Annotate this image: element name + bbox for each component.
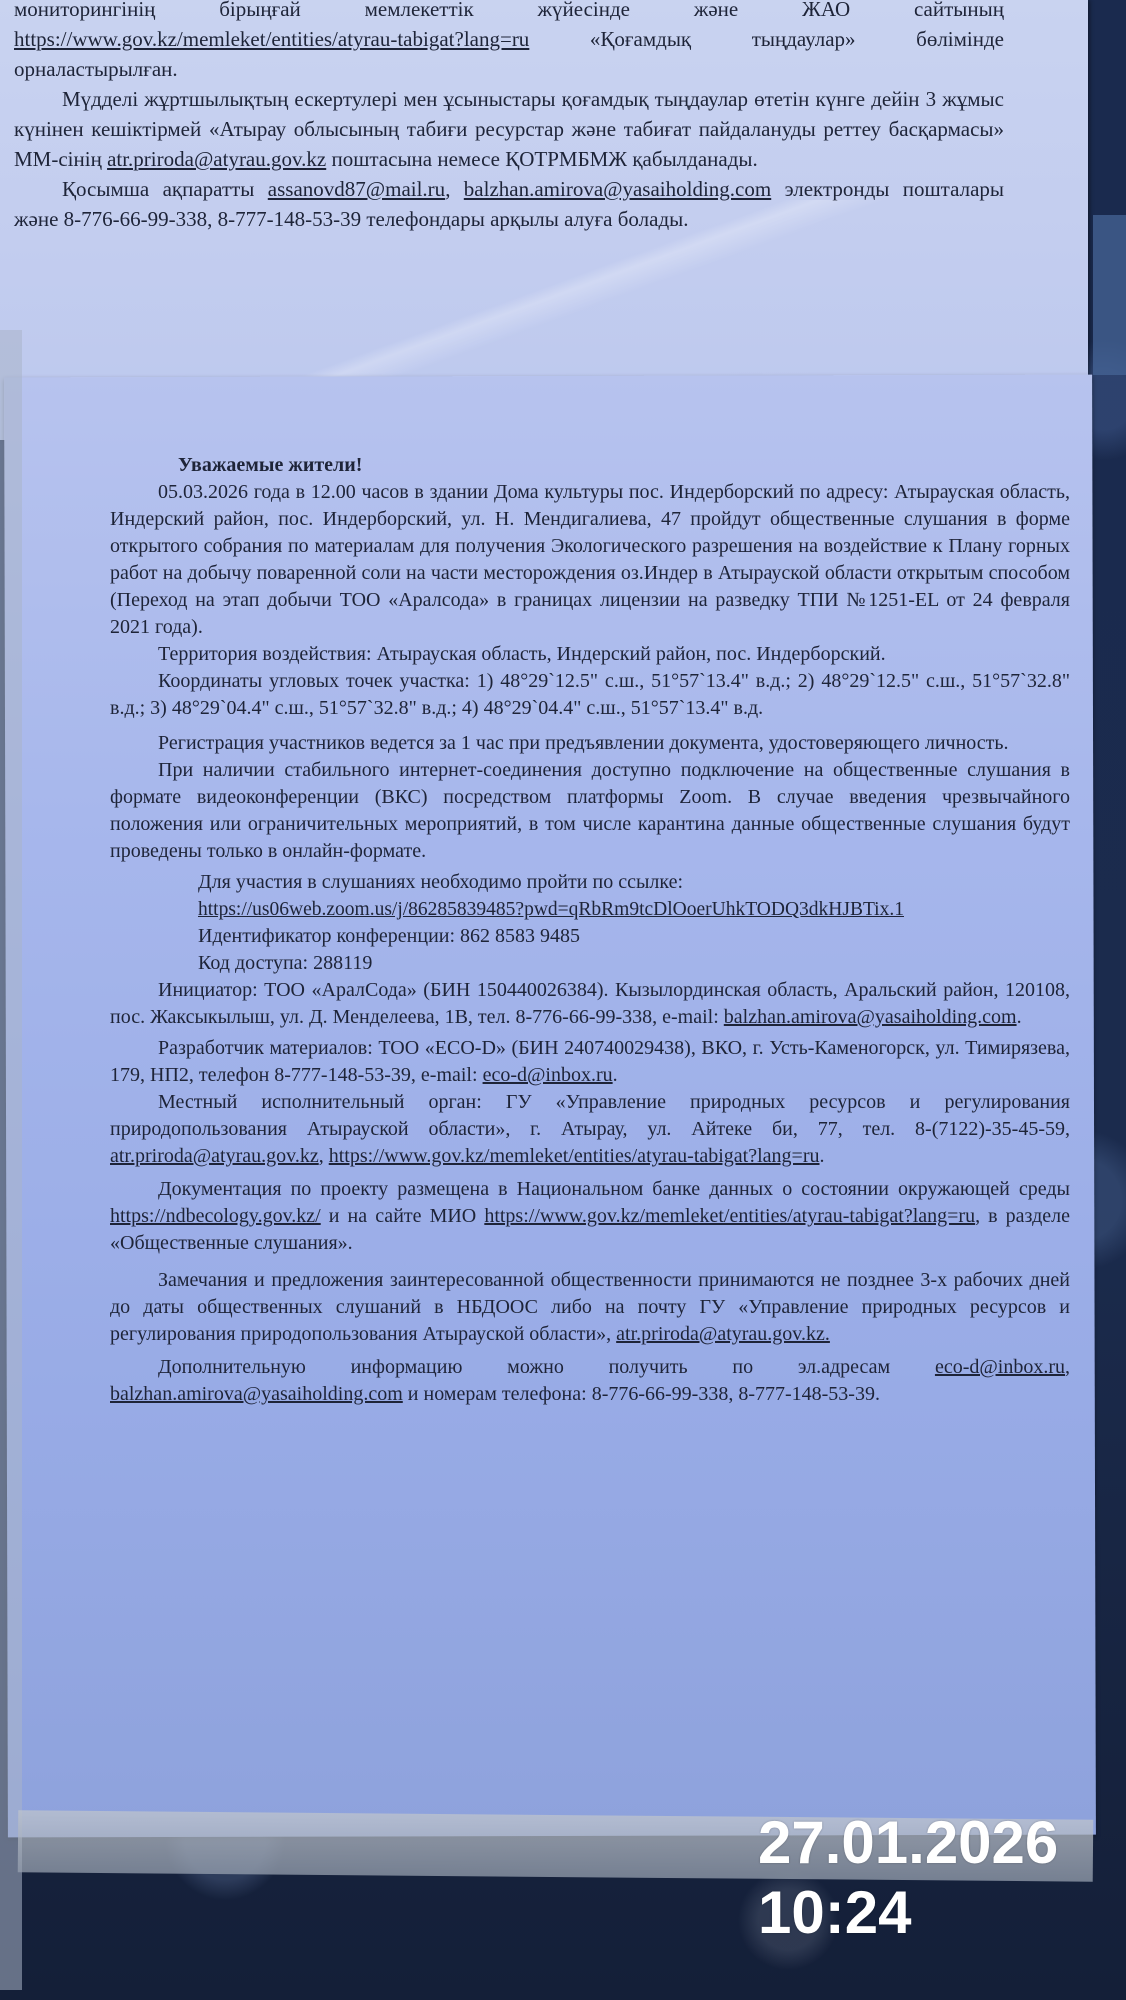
remarks-email[interactable]: atr.priroda@atyrau.gov.kz. (616, 1323, 830, 1345)
initiator-email[interactable]: balzhan.amirova@yasaiholding.com (724, 1006, 1017, 1028)
notice-docs: Документация по проекту размещена в Наци… (110, 1176, 1070, 1257)
kz-tabigat-link[interactable]: https://www.gov.kz/memleket/entities/aty… (14, 27, 529, 51)
notice-territory: Территория воздействия: Атырауская облас… (110, 641, 1070, 668)
notice-initiator: Инициатор: ТОО «АралСода» (БИН 150440026… (110, 977, 1070, 1031)
link-intro: Для участия в слушаниях необходимо пройт… (198, 869, 1070, 896)
local-body-link[interactable]: https://www.gov.kz/memleket/entities/aty… (329, 1145, 820, 1167)
zoom-link[interactable]: https://us06web.zoom.us/j/86285839485?pw… (198, 896, 1070, 923)
timestamp-date: 27.01.2026 (758, 1808, 1058, 1878)
photo-timestamp: 27.01.2026 10:24 (758, 1808, 1058, 1948)
russian-notice-text: Уважаемые жители! 05.03.2026 года в 12.0… (110, 452, 1070, 1408)
timestamp-time: 10:24 (758, 1878, 1058, 1948)
mio-site-link[interactable]: https://www.gov.kz/memleket/entities/aty… (484, 1205, 975, 1227)
notice-title: Уважаемые жители! (178, 452, 1070, 479)
kz-comments-email[interactable]: atr.priroda@atyrau.gov.kz (107, 147, 326, 171)
tape-left (0, 330, 22, 1990)
developer-email[interactable]: eco-d@inbox.ru (483, 1064, 613, 1086)
tape-right (1093, 215, 1126, 375)
kz-link-line: https://www.gov.kz/memleket/entities/aty… (14, 24, 1004, 84)
notice-local-body: Местный исполнительный орган: ГУ «Управл… (110, 1089, 1070, 1170)
zoom-info-block: Для участия в слушаниях необходимо пройт… (110, 869, 1070, 977)
notice-remarks: Замечания и предложения заинтересованной… (110, 1267, 1070, 1348)
notice-registration: Регистрация участников ведется за 1 час … (110, 730, 1070, 757)
notice-developer: Разработчик материалов: ТОО «ECO-D» (БИН… (110, 1035, 1070, 1089)
kazakh-notice-text: мониторингінің бірыңғай мемлекеттік жүйе… (14, 0, 1004, 234)
conference-id: Идентификатор конференции: 862 8583 9485 (198, 923, 1070, 950)
access-code: Код доступа: 288119 (198, 950, 1070, 977)
notice-intro: 05.03.2026 года в 12.00 часов в здании Д… (110, 479, 1070, 641)
notice-sheet-kazakh: мониторингінің бірыңғай мемлекеттік жүйе… (0, 0, 1088, 440)
kz-comments-paragraph: Мүдделі жұртшылықтың ескертулері мен ұсы… (14, 84, 1004, 174)
ndb-ecology-link[interactable]: https://ndbecology.gov.kz/ (110, 1205, 321, 1227)
notice-more-info: Дополнительную информацию можно получить… (110, 1354, 1070, 1408)
local-body-email[interactable]: atr.priroda@atyrau.gov.kz (110, 1145, 319, 1167)
kz-partial-line: мониторингінің бірыңғай мемлекеттік жүйе… (14, 0, 1004, 24)
notice-online: При наличии стабильного интернет-соедине… (110, 757, 1070, 865)
kz-extra-email-2[interactable]: balzhan.amirova@yasaiholding.com (464, 177, 771, 201)
kz-extra-info-paragraph: Қосымша ақпаратты assanovd87@mail.ru, ba… (14, 174, 1004, 234)
more-info-email-2[interactable]: balzhan.amirova@yasaiholding.com (110, 1383, 403, 1405)
kz-extra-email-1[interactable]: assanovd87@mail.ru (268, 177, 445, 201)
more-info-email-1[interactable]: eco-d@inbox.ru (935, 1356, 1065, 1378)
notice-coordinates: Координаты угловых точек участка: 1) 48°… (110, 668, 1070, 722)
